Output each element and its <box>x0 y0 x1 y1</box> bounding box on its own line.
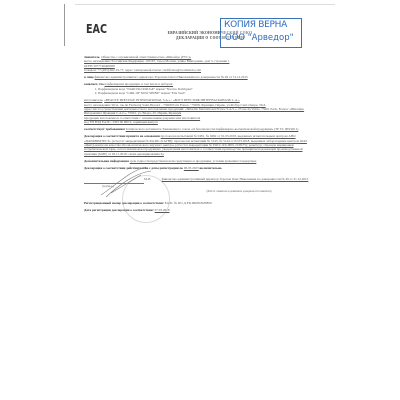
product-list: Парфюмерная вода "NARCISO ROUGE" марки "… <box>84 87 316 96</box>
conformity-section: соответствует требованиям Технического р… <box>84 127 316 131</box>
declaration-body: Заявитель. Общество с ограниченной ответ… <box>84 55 316 212</box>
registration-date: Дата регистрации декларации о соответств… <box>84 208 316 212</box>
copy-verified-stamp: КОПИЯ ВЕРНА ООО "Арведор" <box>220 18 302 48</box>
mp-label: М.П. <box>144 177 151 181</box>
signature-block: (подпись) М.П. финансово-административны… <box>84 171 316 201</box>
manufacturer-section: изготовитель: «BEAUTE PRESTIGE INTERNATI… <box>84 98 316 124</box>
applicant-section: Заявитель. Общество с ограниченной ответ… <box>84 55 316 72</box>
declaration-page: EAC ЕВРАЗИЙСКИЙ ЭКОНОМИЧЕСКИЙ СОЮЗ ДЕКЛА… <box>0 0 400 400</box>
eac-mark: EAC <box>86 22 107 36</box>
signature-caption: (подпись) <box>102 185 114 189</box>
signature-line <box>84 183 144 184</box>
basis-section: Декларация о соответствии принята на осн… <box>84 134 316 155</box>
scan-edge <box>64 4 65 46</box>
scan-edge-top <box>75 4 335 5</box>
stamp-line-2: ООО "Арведор" <box>225 33 294 43</box>
signer-caption: (Ф.И.О. заявителя и реквизиты довереннос… <box>174 190 304 194</box>
signer-name: финансово-административный директор Торо… <box>160 177 310 181</box>
stamp-line-1: КОПИЯ ВЕРНА <box>224 20 287 30</box>
